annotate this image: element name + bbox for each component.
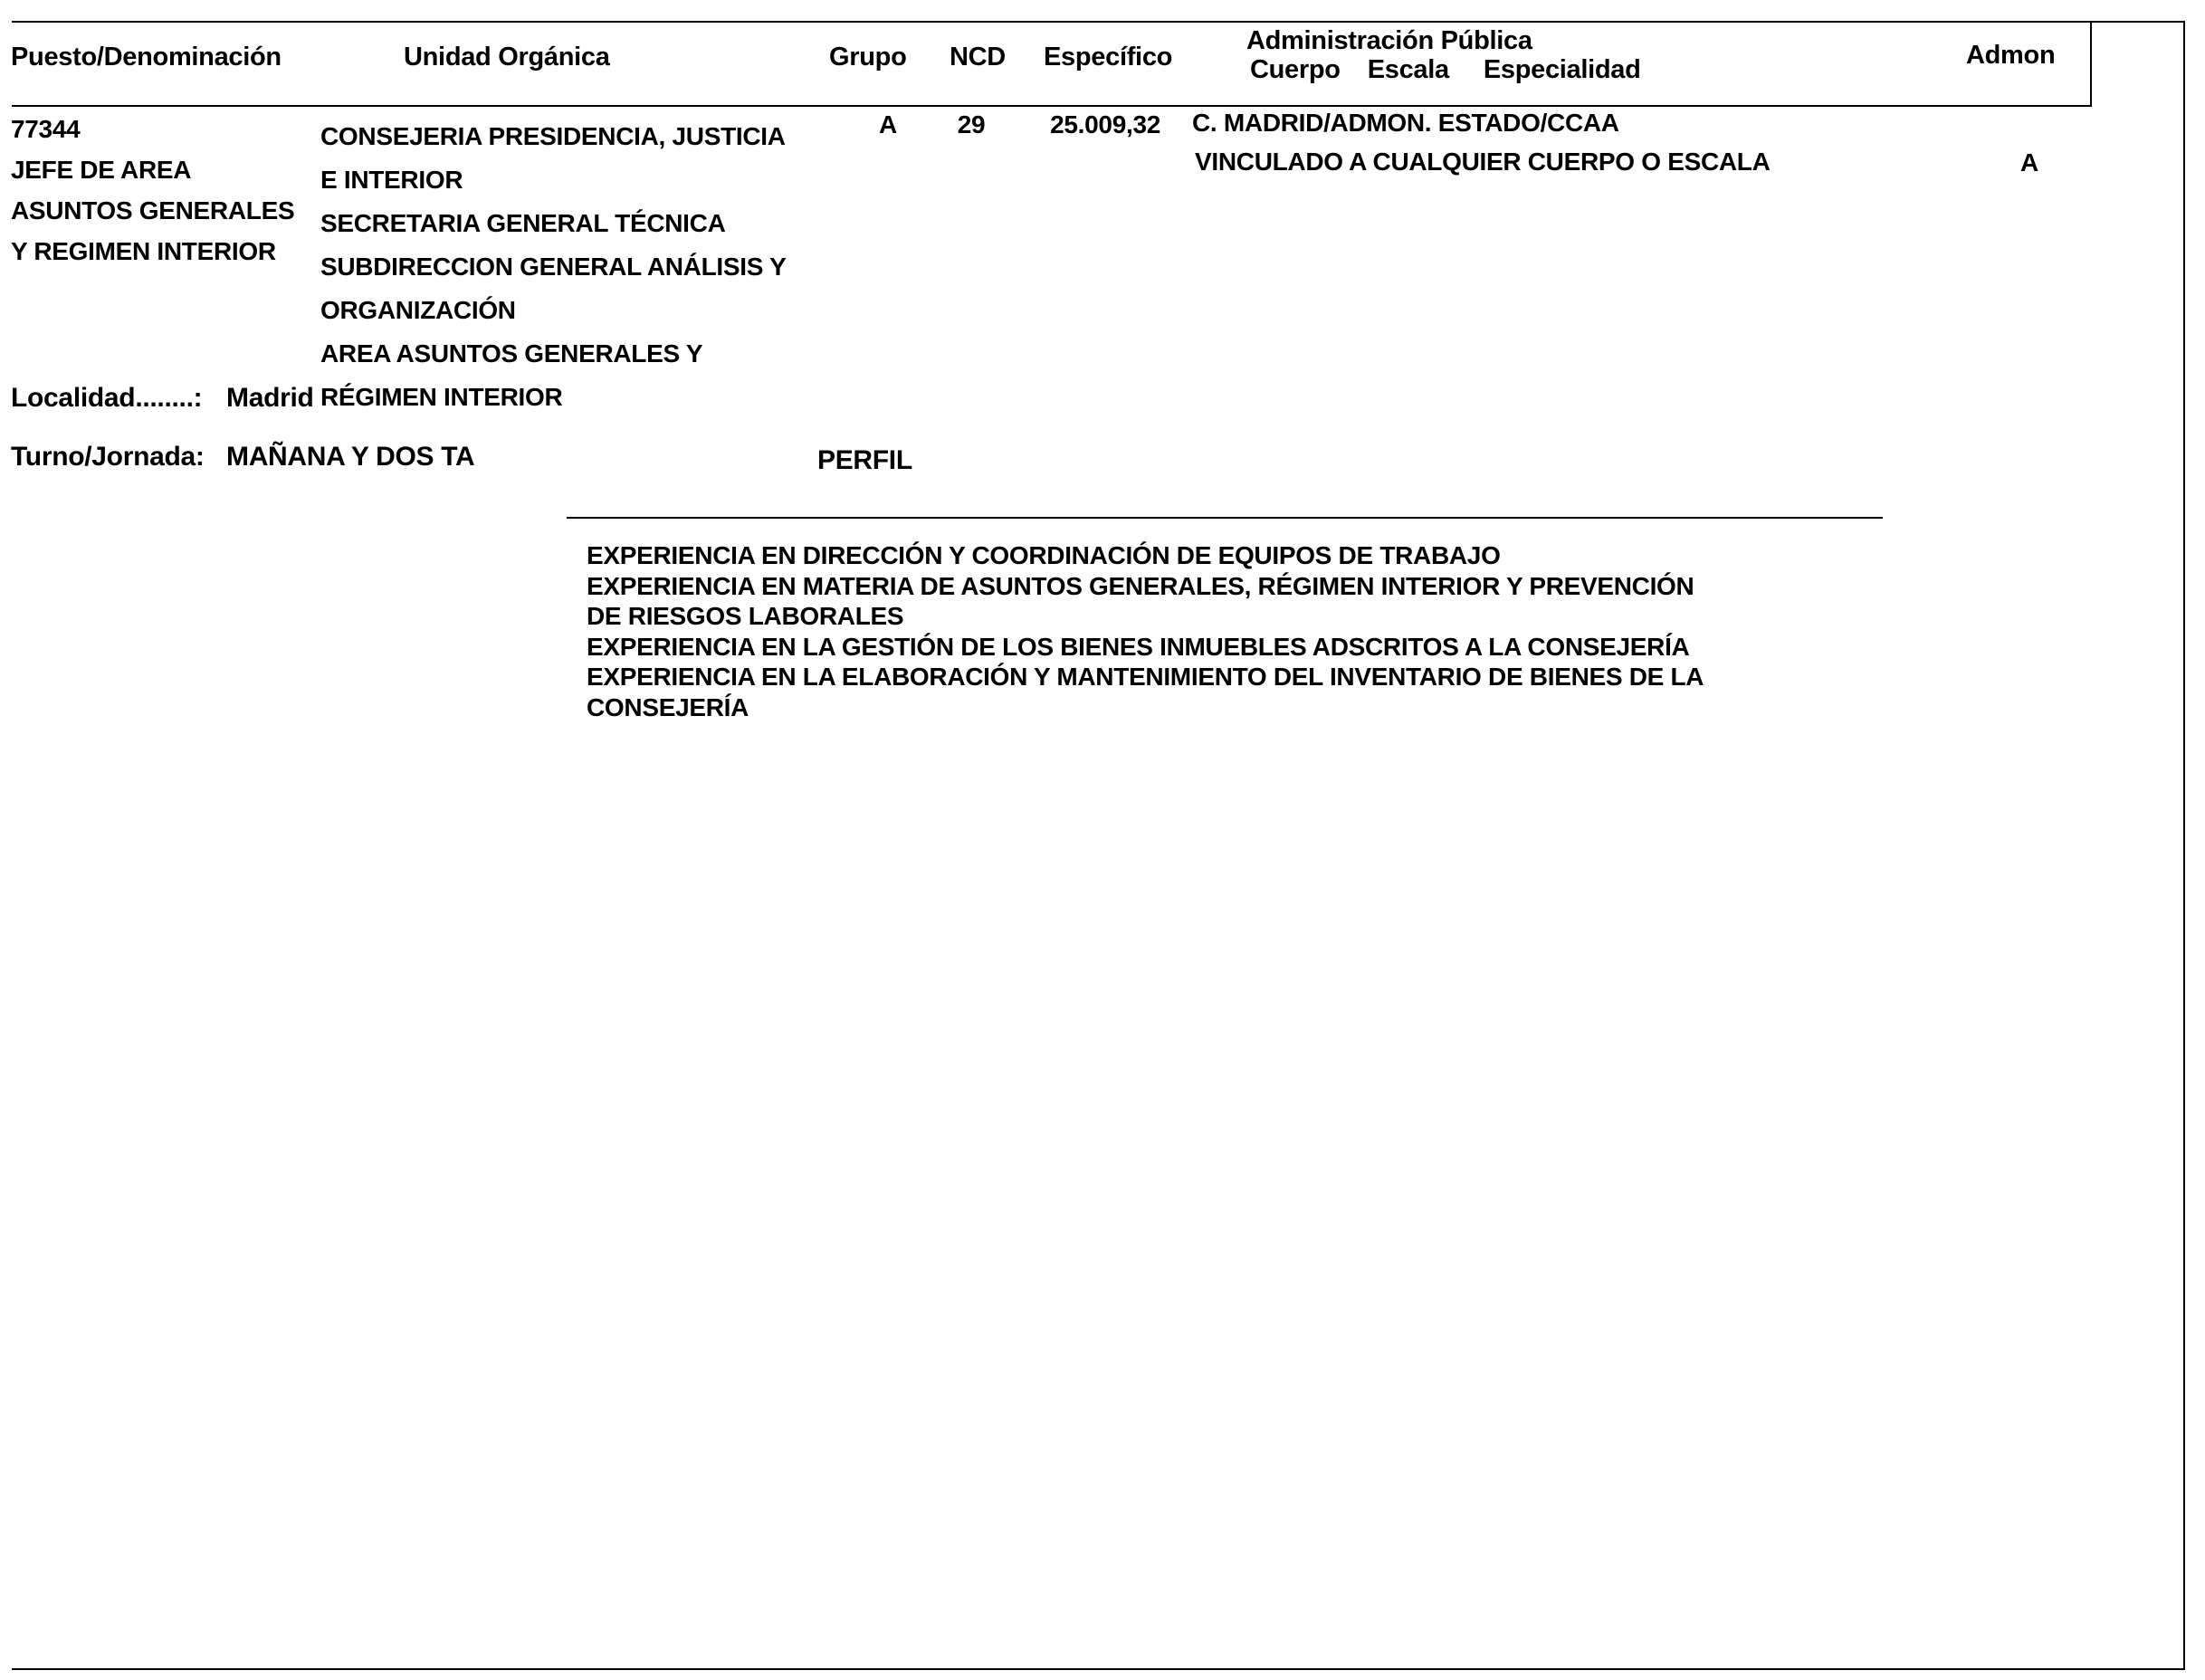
turno-jornada-value: MAÑANA Y DOS TA — [226, 442, 474, 473]
unidad-organica: CONSEJERIA PRESIDENCIA, JUSTICIA E INTER… — [320, 122, 786, 426]
puesto-denominacion: JEFE DE AREA ASUNTOS GENERALES Y REGIMEN… — [11, 156, 294, 278]
puesto-codigo: 77344 — [11, 115, 80, 144]
unidad-organica-line: CONSEJERIA PRESIDENCIA, JUSTICIA — [320, 122, 786, 166]
job-listing-page: Puesto/Denominación Unidad Orgánica Grup… — [0, 0, 2205, 1680]
unidad-organica-line: RÉGIMEN INTERIOR — [320, 383, 786, 426]
denominacion-line: Y REGIMEN INTERIOR — [11, 237, 294, 278]
puesto-especifico-value: 25.009,32 — [1016, 110, 1160, 139]
column-header-cuerpo-escala-especialidad: CuerpoEscalaEspecialidad — [1250, 55, 1641, 85]
perfil-requirement-line: EXPERIENCIA EN LA GESTIÓN DE LOS BIENES … — [587, 633, 1704, 663]
puesto-ncd-value: 29 — [941, 110, 1001, 139]
unidad-organica-line: SECRETARIA GENERAL TÉCNICA — [320, 209, 786, 253]
perfil-section-title: PERFIL — [817, 445, 912, 477]
column-header-ncd: NCD — [950, 43, 1006, 72]
page-right-border-line — [2183, 21, 2185, 1670]
column-header-unidad-organica: Unidad Orgánica — [404, 43, 610, 72]
unidad-organica-line: E INTERIOR — [320, 166, 786, 209]
perfil-requirement-line: EXPERIENCIA EN LA ELABORACIÓN Y MANTENIM… — [587, 663, 1704, 693]
puesto-admon-value: A — [2006, 148, 2053, 177]
denominacion-line: ASUNTOS GENERALES — [11, 196, 294, 237]
admon-column-vertical-line — [2090, 21, 2092, 107]
column-header-puesto-denominacion: Puesto/Denominación — [11, 43, 282, 72]
perfil-requirement-line: EXPERIENCIA EN MATERIA DE ASUNTOS GENERA… — [587, 572, 1704, 603]
column-header-especialidad: Especialidad — [1484, 55, 1641, 84]
puesto-vinculacion-value: VINCULADO A CUALQUIER CUERPO O ESCALA — [1195, 148, 1771, 177]
column-header-escala: Escala — [1368, 55, 1449, 84]
turno-jornada-label: Turno/Jornada: — [11, 442, 205, 473]
perfil-requirement-line: EXPERIENCIA EN DIRECCIÓN Y COORDINACIÓN … — [587, 541, 1704, 572]
localidad-label: Localidad........: — [11, 383, 202, 415]
perfil-requirements: EXPERIENCIA EN DIRECCIÓN Y COORDINACIÓN … — [587, 541, 1704, 723]
puesto-administracion-publica-value: C. MADRID/ADMON. ESTADO/CCAA — [1192, 109, 1619, 138]
top-border-line — [12, 21, 2185, 23]
denominacion-line: JEFE DE AREA — [11, 156, 294, 196]
column-header-especifico: Específico — [1044, 43, 1172, 72]
column-header-cuerpo: Cuerpo — [1250, 55, 1341, 84]
header-bottom-line — [12, 105, 2092, 107]
unidad-organica-line: SUBDIRECCION GENERAL ANÁLISIS Y — [320, 253, 786, 296]
column-header-grupo: Grupo — [829, 43, 907, 72]
bottom-border-line — [12, 1668, 2185, 1670]
column-header-administracion-publica: Administración Pública — [1246, 26, 1532, 56]
perfil-requirement-line: CONSEJERÍA — [587, 693, 1704, 724]
localidad-value: Madrid — [226, 383, 314, 415]
puesto-grupo-value: A — [864, 110, 912, 139]
perfil-requirement-line: DE RIESGOS LABORALES — [587, 602, 1704, 633]
unidad-organica-line: ORGANIZACIÓN — [320, 296, 786, 339]
unidad-organica-line: AREA ASUNTOS GENERALES Y — [320, 339, 786, 383]
perfil-divider-line — [567, 517, 1883, 519]
column-header-admon: Admon — [1966, 41, 2055, 71]
